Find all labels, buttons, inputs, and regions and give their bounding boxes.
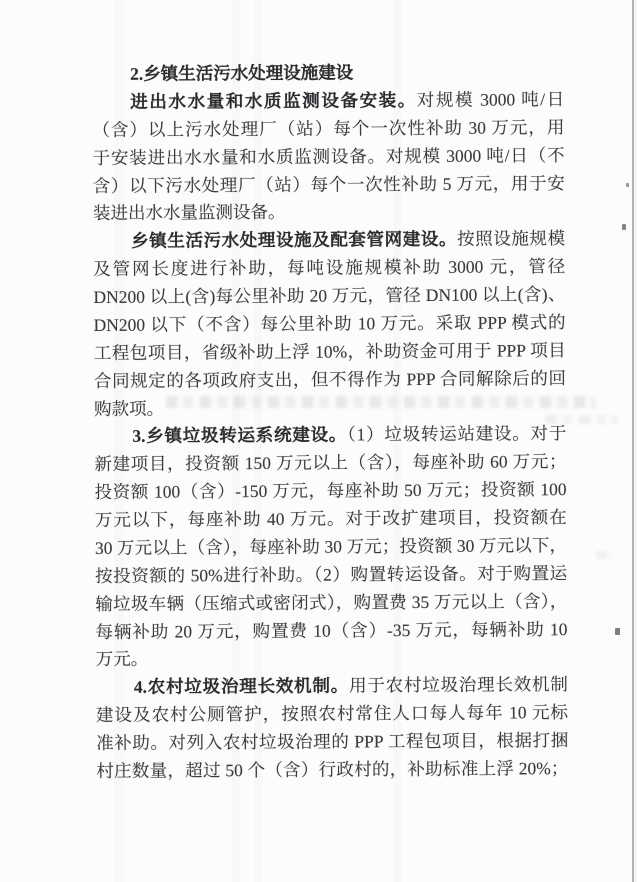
text-segment: 建设及农村公厕管护，按照农村常住人口每人每年 10 元标 [96, 702, 568, 725]
bold-text-segment: 4.农村垃圾治理长效机制。 [134, 676, 349, 697]
text-line: 含）以下污水处理厂（站）每个一次性补助 5 万元，用于安 [93, 170, 565, 201]
text-line: 按投资额的 50%进行补助。（2）购置转运设备。对于购置运 [95, 560, 567, 591]
bold-text-segment: 进出水水量和水质监测设备安装。 [130, 90, 417, 112]
scan-speck [626, 183, 629, 187]
text-line: 于安装进出水水量和水质监测设备。对规模 3000 吨/日（不 [93, 142, 565, 173]
scan-speck [622, 224, 626, 230]
bleed-through-artifact [166, 396, 596, 408]
text-segment: 用于农村垃圾治理长效机制 [349, 674, 568, 695]
document-text: 2.乡镇生活污水处理设施建设进出水水量和水质监测设备安装。对规模 3000 吨/… [92, 58, 568, 786]
text-line: 输垃圾车辆（压缩式或密闭式），购置费 35 万元以上（含）， [95, 588, 567, 619]
text-segment: 每辆补助 20 万元，购置费 10（含）-35 万元，每辆补助 10 [95, 619, 567, 642]
text-segment: 输垃圾车辆（压缩式或密闭式），购置费 35 万元以上（含）， [95, 591, 567, 614]
text-line: 3.乡镇垃圾转运系统建设。（1）垃圾转运站建设。对于 [94, 420, 566, 451]
text-line: DN200 以下（不含）每公里补助 10 万元。采取 PPP 模式的 [94, 309, 566, 340]
text-segment: 含）以下污水处理厂（站）每个一次性补助 5 万元，用于安 [93, 173, 565, 196]
text-segment: 工程包项目，省级补助上浮 10%，补助资金可用于 PPP 项目 [94, 340, 566, 363]
text-line: 准补助。对列入农村垃圾治理的 PPP 工程包项目，根据打捆 [96, 727, 568, 758]
text-segment: 村庄数量，超过 50 个（含）行政村的，补助标准上浮 20%； [96, 758, 568, 781]
text-segment: （含）以上污水处理厂（站）每个一次性补助 30 万元，用 [92, 117, 564, 140]
text-line: 建设及农村公厕管护，按照农村常住人口每人每年 10 元标 [96, 699, 568, 730]
text-line: 进出水水量和水质监测设备安装。对规模 3000 吨/日 [92, 86, 564, 117]
bold-text-segment: 2.乡镇生活污水处理设施建设 [130, 62, 353, 83]
bold-text-segment: 乡镇生活污水处理设施及配套管网建设。 [131, 229, 457, 251]
text-segment: 于安装进出水水量和水质监测设备。对规模 3000 吨/日（不 [93, 145, 565, 168]
text-line: 新建项目，投资额 150 万元以上（含），每座补助 60 万元； [94, 448, 566, 479]
text-segment: 投资额 100（含）-150 万元，每座补助 50 万元；投资额 100 [95, 479, 567, 502]
bleed-through-artifact [596, 551, 612, 559]
text-line: 每辆补助 20 万元，购置费 10（含）-35 万元，每辆补助 10 [95, 616, 567, 647]
text-line: 乡镇生活污水处理设施及配套管网建设。按照设施规模 [93, 225, 565, 256]
text-line: （含）以上污水处理厂（站）每个一次性补助 30 万元，用 [92, 114, 564, 145]
text-segment: DN200 以上(含)每公里补助 20 万元，管径 DN100 以上(含)、 [93, 284, 565, 307]
text-line: 合同规定的各项政府支出，但不得作为 PPP 合同解除后的回 [94, 365, 566, 396]
text-line: 村庄数量，超过 50 个（含）行政村的，补助标准上浮 20%； [96, 755, 568, 786]
text-line: 投资额 100（含）-150 万元，每座补助 50 万元；投资额 100 [95, 476, 567, 507]
text-segment: （1）垃圾转运站建设。对于 [347, 423, 566, 444]
text-segment: 准补助。对列入农村垃圾治理的 PPP 工程包项目，根据打捆 [96, 730, 568, 753]
text-line: 4.农村垃圾治理长效机制。用于农村垃圾治理长效机制 [96, 671, 568, 702]
text-line: DN200 以上(含)每公里补助 20 万元，管径 DN100 以上(含)、 [93, 281, 565, 312]
text-line: 万元。 [96, 643, 568, 674]
text-segment: 按照设施规模 [457, 228, 565, 249]
text-line: 及管网长度进行补助，每吨设施规模补助 3000 元，管径 [93, 253, 565, 284]
text-segment: 装进出水水量监测设备。 [93, 202, 286, 223]
text-segment: 新建项目，投资额 150 万元以上（含），每座补助 60 万元； [94, 451, 566, 474]
text-segment: DN200 以下（不含）每公里补助 10 万元。采取 PPP 模式的 [94, 312, 566, 335]
text-segment: 万元。 [96, 649, 149, 669]
text-segment: 30 万元以上（含），每座补助 30 万元；投资额 30 万元以下， [95, 535, 567, 558]
text-line: 万元以下，每座补助 40 万元。对于改扩建项目，投资额在 [95, 504, 567, 535]
text-line: 2.乡镇生活污水处理设施建设 [92, 58, 564, 89]
scan-speck [615, 628, 620, 635]
text-segment: 按投资额的 50%进行补助。（2）购置转运设备。对于购置运 [95, 563, 567, 586]
text-segment: 合同规定的各项政府支出，但不得作为 PPP 合同解除后的回 [94, 368, 566, 391]
page-edge-line [632, 0, 634, 882]
text-line: 工程包项目，省级补助上浮 10%，补助资金可用于 PPP 项目 [94, 337, 566, 368]
text-segment: 购款项。 [94, 398, 164, 418]
bold-text-segment: 3.乡镇垃圾转运系统建设。 [132, 425, 347, 446]
bleed-through-artifact [545, 415, 617, 424]
text-segment: 及管网长度进行补助，每吨设施规模补助 3000 元，管径 [93, 256, 565, 279]
text-line: 30 万元以上（含），每座补助 30 万元；投资额 30 万元以下， [95, 532, 567, 563]
scanned-page: 2.乡镇生活污水处理设施建设进出水水量和水质监测设备安装。对规模 3000 吨/… [0, 0, 637, 882]
text-segment: 万元以下，每座补助 40 万元。对于改扩建项目，投资额在 [95, 507, 567, 530]
text-line: 装进出水水量监测设备。 [93, 197, 565, 228]
text-segment: 对规模 3000 吨/日 [417, 89, 564, 110]
